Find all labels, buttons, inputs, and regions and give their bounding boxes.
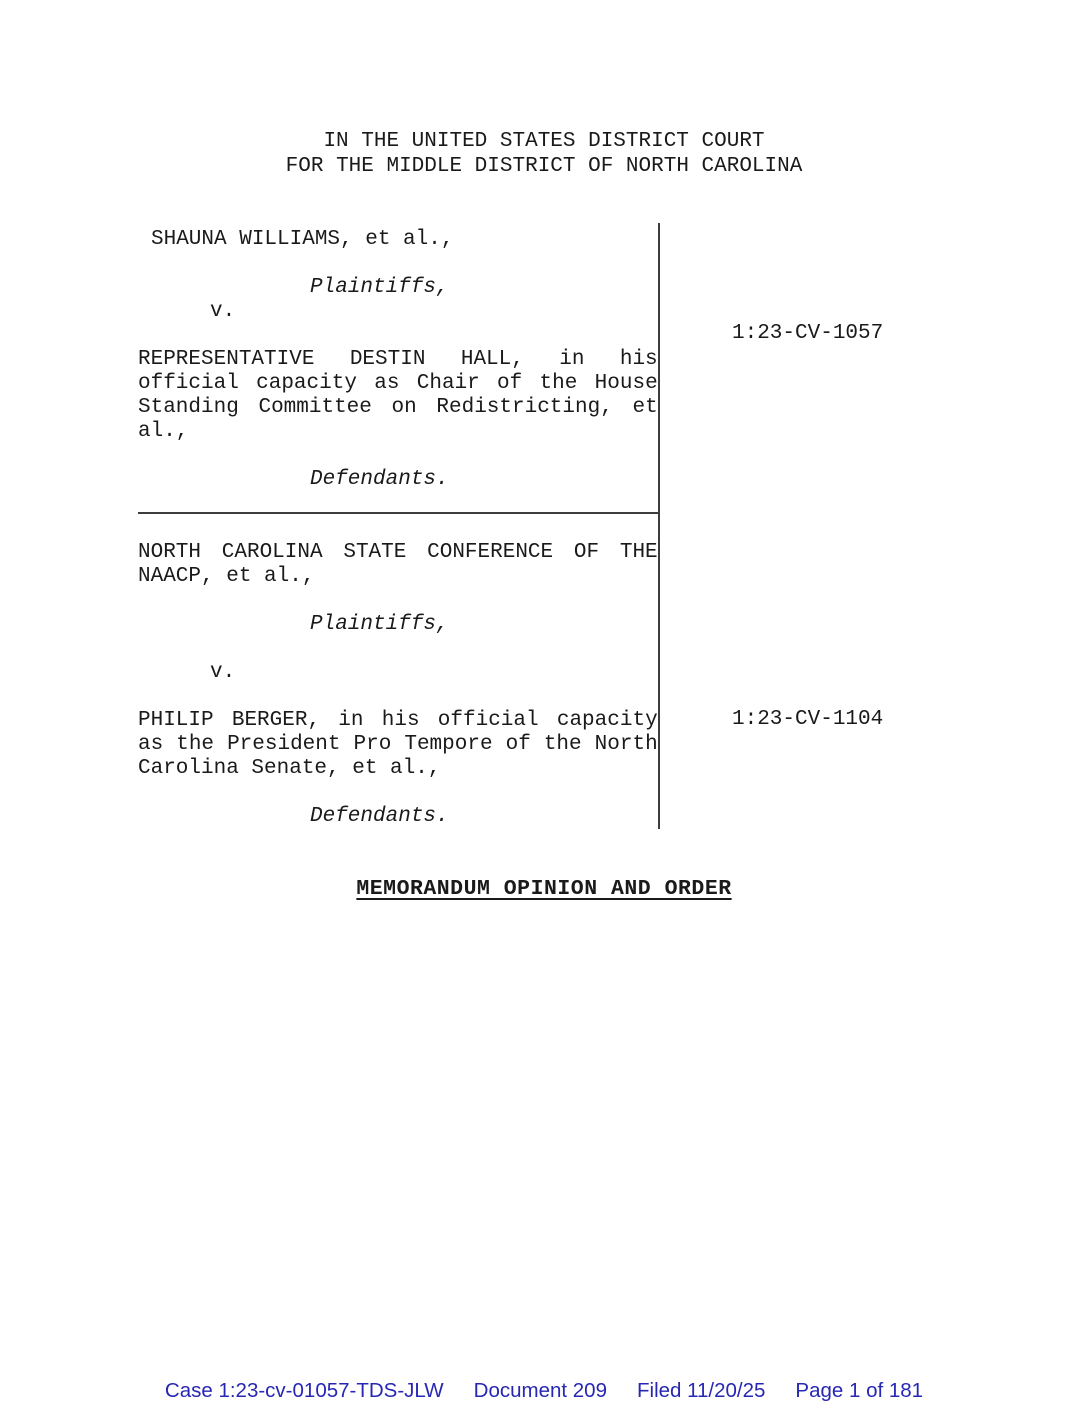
versus-abbreviation: v. bbox=[138, 300, 658, 324]
document-title-text: MEMORANDUM OPINION AND ORDER bbox=[356, 877, 731, 901]
court-header-line1: IN THE UNITED STATES DISTRICT COURT bbox=[0, 129, 1088, 154]
plaintiff-name: SHAUNA WILLIAMS, et al., bbox=[138, 228, 658, 252]
party-designation-plaintiffs: Plaintiffs, bbox=[138, 613, 658, 637]
footer-page-number: Page 1 of 181 bbox=[795, 1379, 923, 1403]
case-number-1057: 1:23-CV-1057 bbox=[732, 322, 883, 346]
case-caption: SHAUNA WILLIAMS, et al., Plaintiffs, v. … bbox=[138, 223, 660, 829]
court-document-page: IN THE UNITED STATES DISTRICT COURT FOR … bbox=[0, 0, 1088, 1408]
footer-case-number: Case 1:23-cv-01057-TDS-JLW bbox=[165, 1379, 444, 1403]
footer-filed-date: Filed 11/20/25 bbox=[637, 1379, 765, 1403]
party-designation-defendants: Defendants. bbox=[138, 468, 658, 492]
ecf-footer-stamp: Case 1:23-cv-01057-TDS-JLW Document 209 … bbox=[0, 1379, 1088, 1403]
footer-document-number: Document 209 bbox=[474, 1379, 607, 1403]
case-number-1104: 1:23-CV-1104 bbox=[732, 708, 883, 732]
plaintiff-name: NORTH CAROLINA STATE CONFERENCE OF THE N… bbox=[138, 541, 658, 589]
defendant-name: PHILIP BERGER, in his official capacity … bbox=[138, 709, 658, 781]
case-block-naacp: NORTH CAROLINA STATE CONFERENCE OF THE N… bbox=[138, 541, 658, 829]
caption-separator-line bbox=[138, 512, 658, 514]
case-block-williams: SHAUNA WILLIAMS, et al., Plaintiffs, v. … bbox=[138, 228, 658, 492]
party-designation-defendants: Defendants. bbox=[138, 805, 658, 829]
defendant-name: REPRESENTATIVE DESTIN HALL, in his offic… bbox=[138, 348, 658, 444]
party-designation-plaintiffs: Plaintiffs, bbox=[138, 276, 658, 300]
court-header-line2: FOR THE MIDDLE DISTRICT OF NORTH CAROLIN… bbox=[0, 154, 1088, 179]
court-header: IN THE UNITED STATES DISTRICT COURT FOR … bbox=[0, 129, 1088, 179]
versus-abbreviation: v. bbox=[138, 661, 658, 685]
document-title: MEMORANDUM OPINION AND ORDER bbox=[0, 876, 1088, 902]
